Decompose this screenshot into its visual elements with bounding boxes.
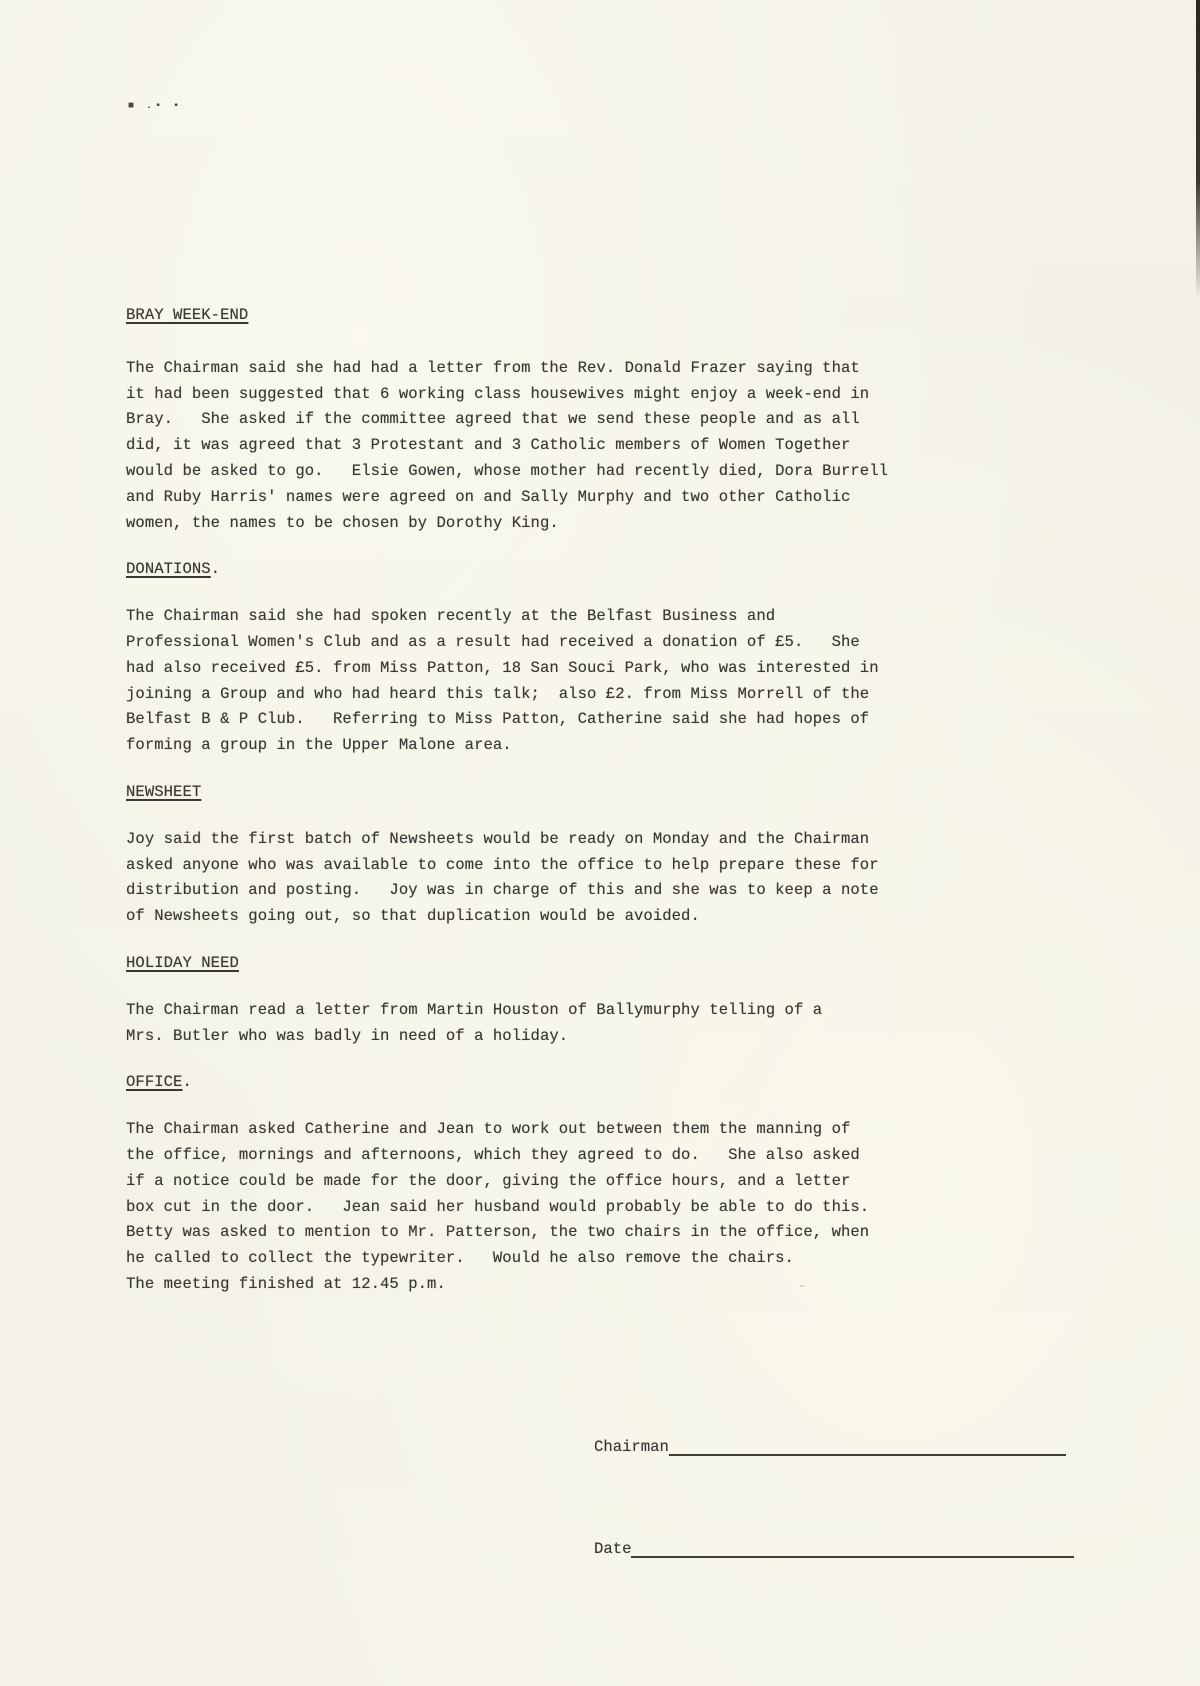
meeting-finished-line: The meeting finished at 12.45 p.m.: [126, 1272, 1126, 1298]
section-heading: HOLIDAY NEED: [126, 951, 1126, 977]
paragraph-line: of Newsheets going out, so that duplicat…: [126, 904, 1126, 930]
chairman-label: Chairman: [594, 1438, 669, 1456]
chairman-signature-field: Chairman: [594, 1438, 1066, 1456]
paragraph-line: The Chairman read a letter from Martin H…: [126, 998, 1126, 1024]
paragraph-line: The Chairman said she had had a letter f…: [126, 356, 1126, 382]
chairman-signature-line: [669, 1440, 1066, 1456]
paragraph-line: did, it was agreed that 3 Protestant and…: [126, 433, 1126, 459]
heading-suffix: .: [182, 1073, 191, 1091]
date-signature-line: [631, 1542, 1074, 1558]
section-heading: OFFICE: [126, 1073, 182, 1091]
paragraph-line: asked anyone who was available to come i…: [126, 853, 1126, 879]
paragraph-line: The Chairman asked Catherine and Jean to…: [126, 1117, 1126, 1143]
section-donations: DONATIONS. The Chairman said she had spo…: [126, 557, 1126, 759]
paragraph-line: joining a Group and who had heard this t…: [126, 682, 1126, 708]
paragraph-line: would be asked to go. Elsie Gowen, whose…: [126, 459, 1126, 485]
paragraph-line: and Ruby Harris' names were agreed on an…: [126, 485, 1126, 511]
section-newsheet: NEWSHEET Joy said the first batch of New…: [126, 780, 1126, 930]
paragraph-line: Belfast B & P Club. Referring to Miss Pa…: [126, 707, 1126, 733]
paragraph-line: Betty was asked to mention to Mr. Patter…: [126, 1220, 1126, 1246]
heading-suffix: .: [211, 560, 220, 578]
section-heading-row: OFFICE.: [126, 1070, 1126, 1096]
date-label: Date: [594, 1540, 631, 1558]
section-heading: DONATIONS: [126, 560, 211, 578]
minutes-body: BRAY WEEK-END The Chairman said she had …: [126, 303, 1126, 1298]
section-holiday-need: HOLIDAY NEED The Chairman read a letter …: [126, 951, 1126, 1049]
page-mark: ■ .▪ ▪: [128, 101, 182, 112]
section-heading: NEWSHEET: [126, 780, 1126, 806]
paragraph-line: Joy said the first batch of Newsheets wo…: [126, 827, 1126, 853]
paragraph-line: had also received £5. from Miss Patton, …: [126, 656, 1126, 682]
paragraph-line: forming a group in the Upper Malone area…: [126, 733, 1126, 759]
paragraph-line: he called to collect the typewriter. Wou…: [126, 1246, 1126, 1272]
paragraph-line: it had been suggested that 6 working cla…: [126, 382, 1126, 408]
page-edge-shadow: [1196, 0, 1200, 300]
paragraph-line: Professional Women's Club and as a resul…: [126, 630, 1126, 656]
paragraph-line: Bray. She asked if the committee agreed …: [126, 407, 1126, 433]
date-signature-field: Date: [594, 1540, 1074, 1558]
section-bray-week-end: BRAY WEEK-END The Chairman said she had …: [126, 303, 1126, 536]
paragraph-line: if a notice could be made for the door, …: [126, 1169, 1126, 1195]
paragraph-line: The Chairman said she had spoken recentl…: [126, 604, 1126, 630]
paragraph-line: box cut in the door. Jean said her husba…: [126, 1195, 1126, 1221]
paragraph-line: women, the names to be chosen by Dorothy…: [126, 511, 1126, 537]
section-heading-row: DONATIONS.: [126, 557, 1126, 583]
paragraph-line: distribution and posting. Joy was in cha…: [126, 878, 1126, 904]
paragraph-line: Mrs. Butler who was badly in need of a h…: [126, 1024, 1126, 1050]
section-heading: BRAY WEEK-END: [126, 303, 1126, 329]
section-office: OFFICE. The Chairman asked Catherine and…: [126, 1070, 1126, 1297]
paragraph-line: the office, mornings and afternoons, whi…: [126, 1143, 1126, 1169]
